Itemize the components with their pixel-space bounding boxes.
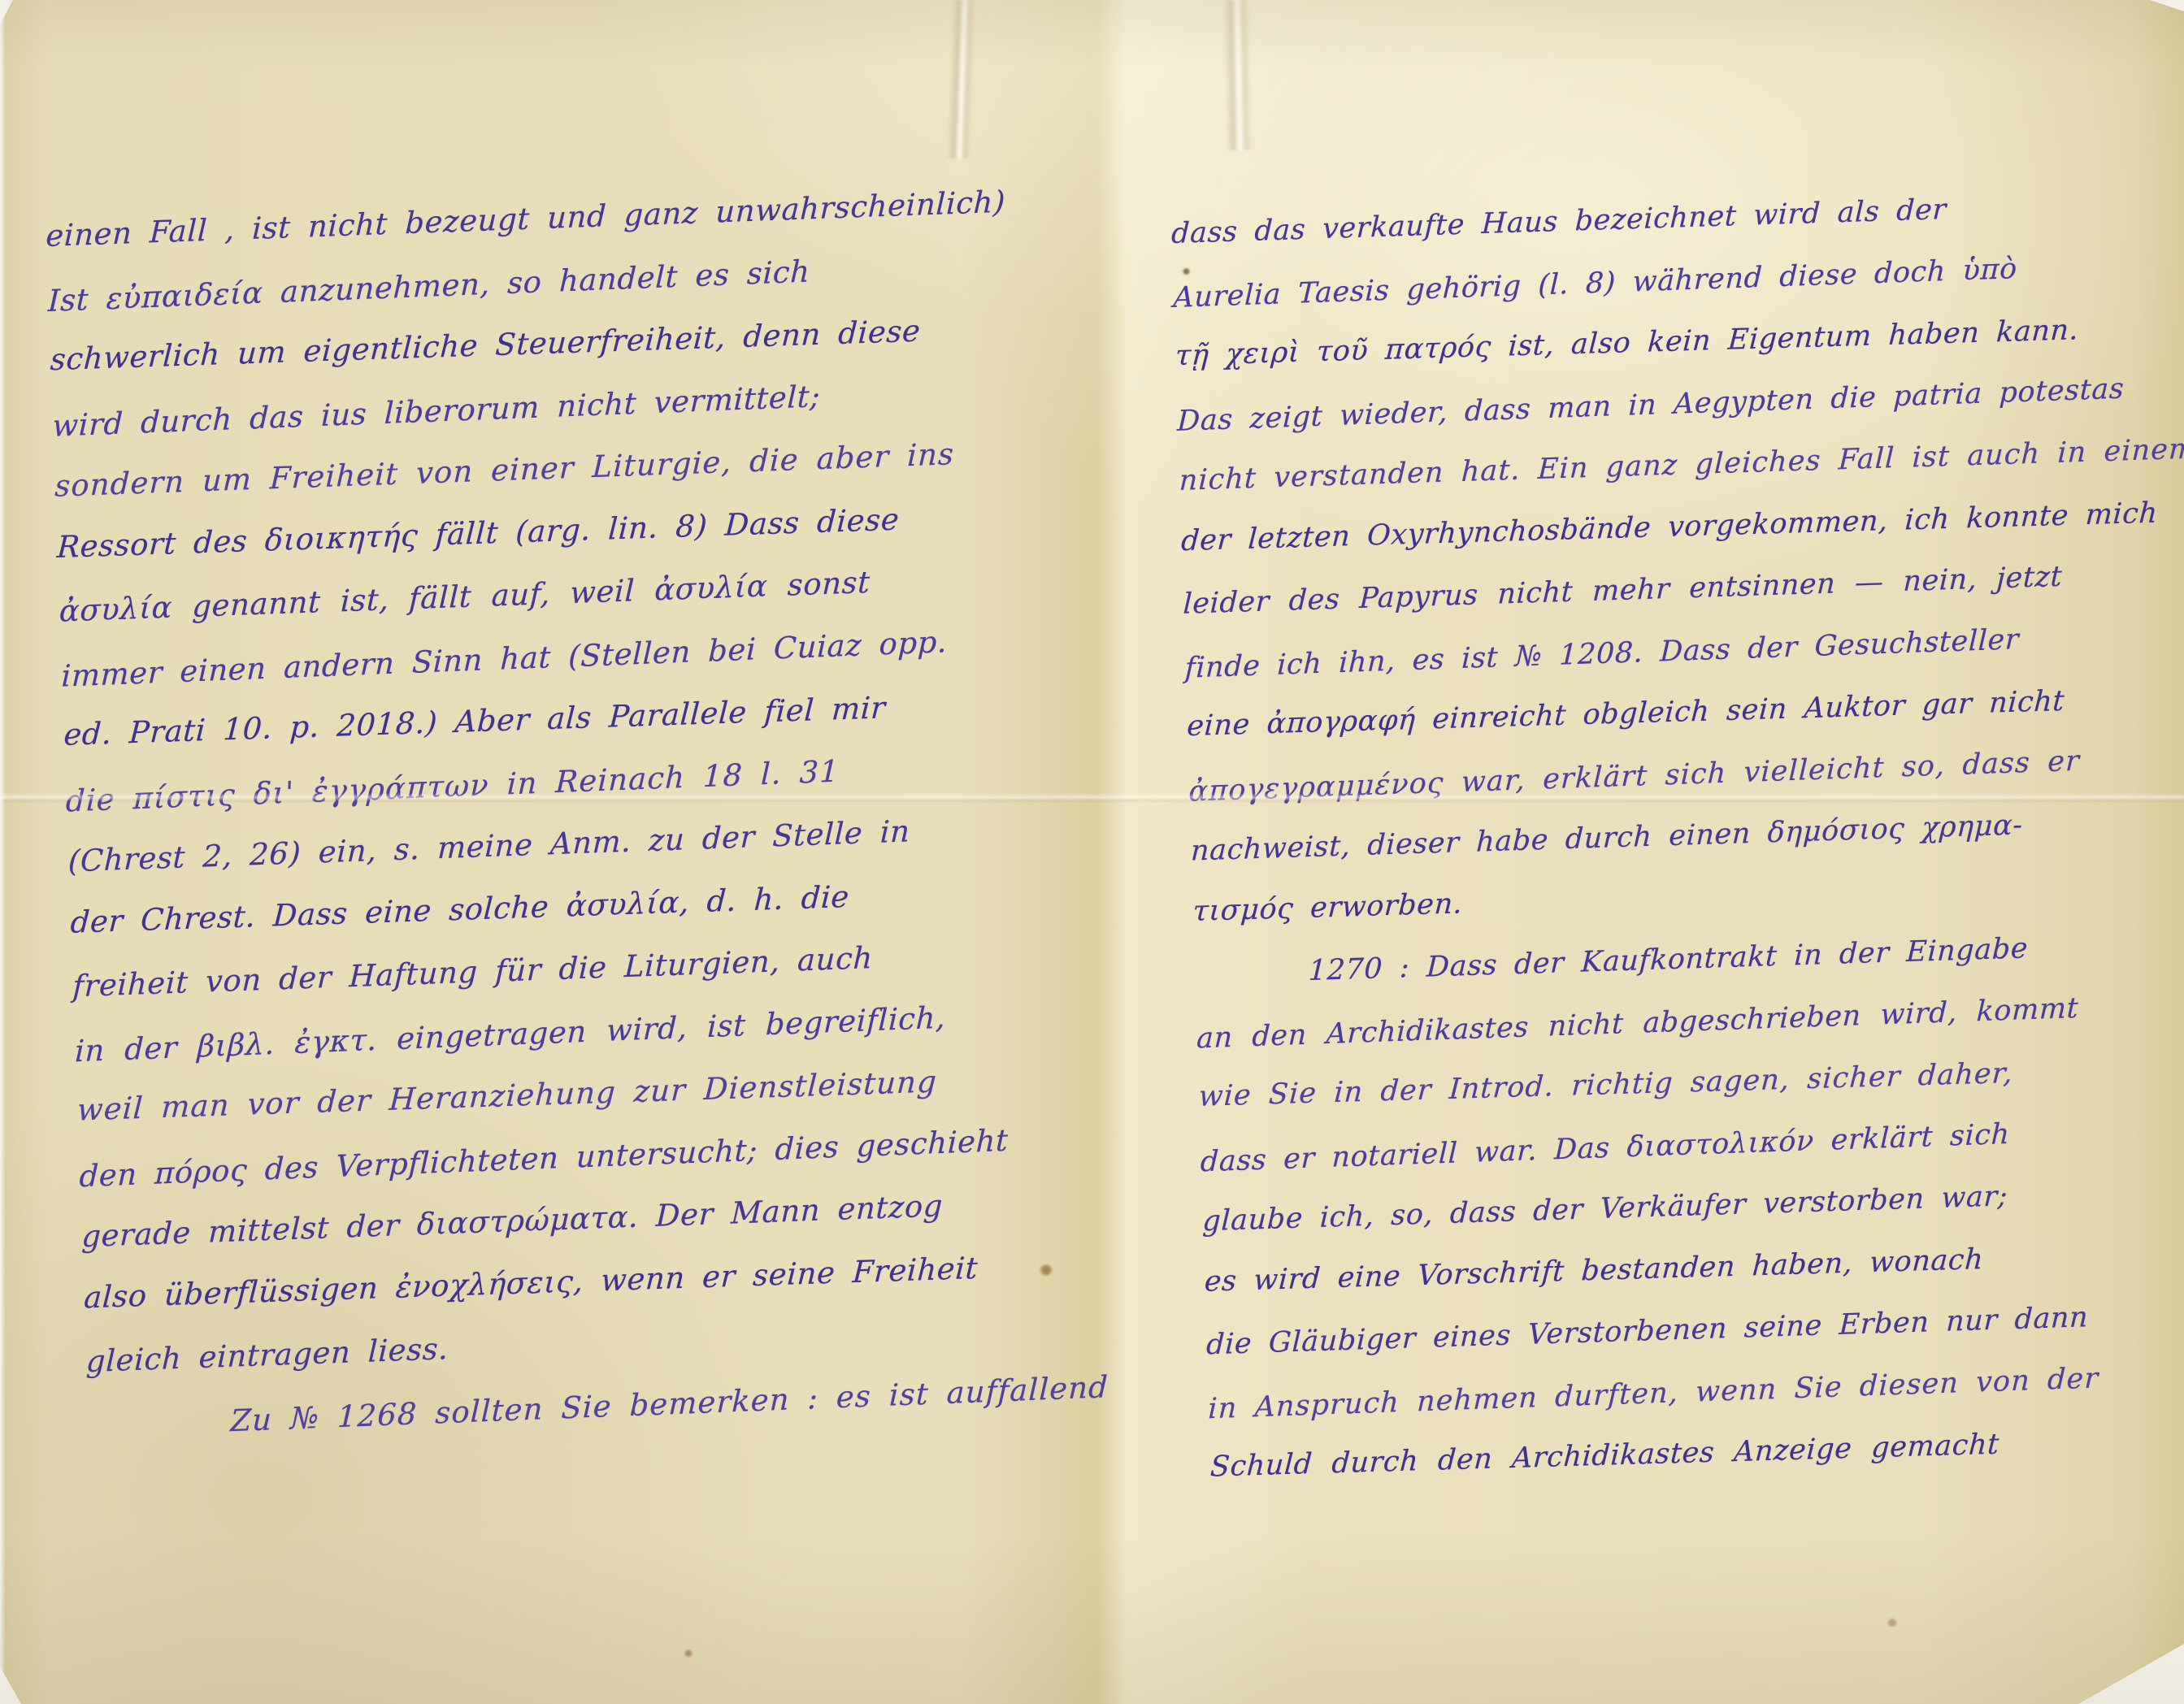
letter-page-left: einen Fall , ist nicht bezeugt und ganz … xyxy=(0,0,1101,1704)
letter-scan: einen Fall , ist nicht bezeugt und ganz … xyxy=(0,0,2184,1704)
letter-page-right: dass das verkaufte Haus bezeichnet wird … xyxy=(1101,0,2184,1704)
right-page-text: dass das verkaufte Haus bezeichnet wird … xyxy=(1170,171,2184,1499)
left-page-text: einen Fall , ist nicht bezeugt und ganz … xyxy=(45,167,1145,1455)
